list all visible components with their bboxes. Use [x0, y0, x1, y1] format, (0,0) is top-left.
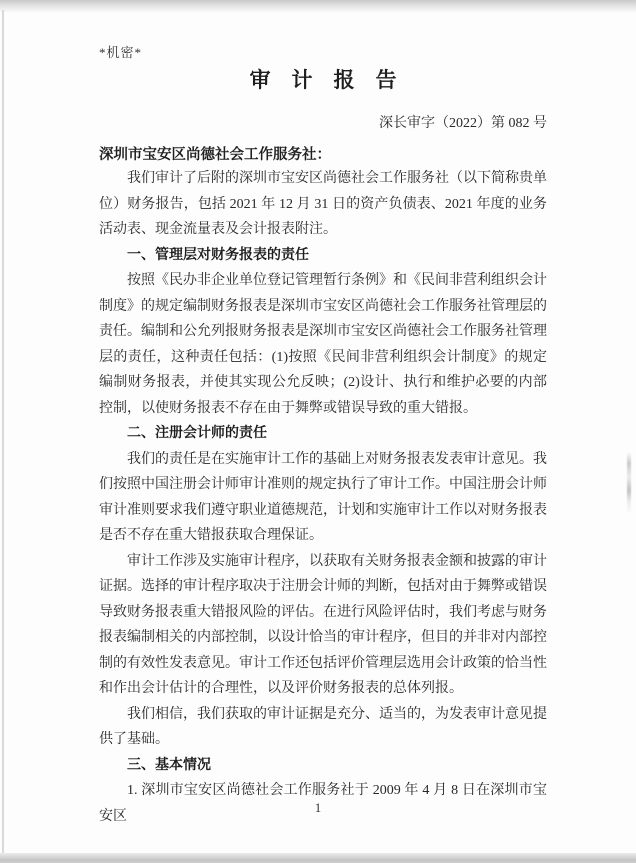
- section-heading: 二、注册会计师的责任: [99, 421, 547, 447]
- section-heading: 三、基本情况: [99, 753, 547, 779]
- intro-paragraph: 我们审计了后附的深圳市宝安区尚德社会工作服务社（以下简称贵单位）财务报告，包括 …: [99, 166, 547, 243]
- report-content: *机密* 审 计 报 告 深长审字（2022）第 082 号 深圳市宝安区尚德社…: [0, 0, 636, 829]
- section-paragraph: 按照《民办非企业单位登记管理暂行条例》和《民间非营利组织会计制度》的规定编制财务…: [99, 268, 547, 421]
- recipient-line: 深圳市宝安区尚德社会工作服务社：: [99, 144, 547, 166]
- sections-container: 一、管理层对财务报表的责任按照《民办非企业单位登记管理暂行条例》和《民间非营利组…: [99, 243, 547, 830]
- page-number: 1: [0, 800, 636, 816]
- report-title: 审 计 报 告: [99, 66, 547, 94]
- document-reference-number: 深长审字（2022）第 082 号: [99, 115, 547, 133]
- section-paragraph: 我们的责任是在实施审计工作的基础上对财务报表发表审计意见。我们按照中国注册会计师…: [99, 447, 547, 549]
- section-paragraph: 审计工作涉及实施审计程序，以获取有关财务报表金额和披露的审计证据。选择的审计程序…: [99, 549, 547, 702]
- section-heading: 一、管理层对财务报表的责任: [99, 243, 547, 269]
- scan-edge-bottom: [0, 853, 636, 863]
- confidential-mark: *机密*: [99, 45, 547, 61]
- scanned-document-page: *机密* 审 计 报 告 深长审字（2022）第 082 号 深圳市宝安区尚德社…: [0, 0, 636, 863]
- section-paragraph: 我们相信，我们获取的审计证据是充分、适当的，为发表审计意见提供了基础。: [99, 702, 547, 753]
